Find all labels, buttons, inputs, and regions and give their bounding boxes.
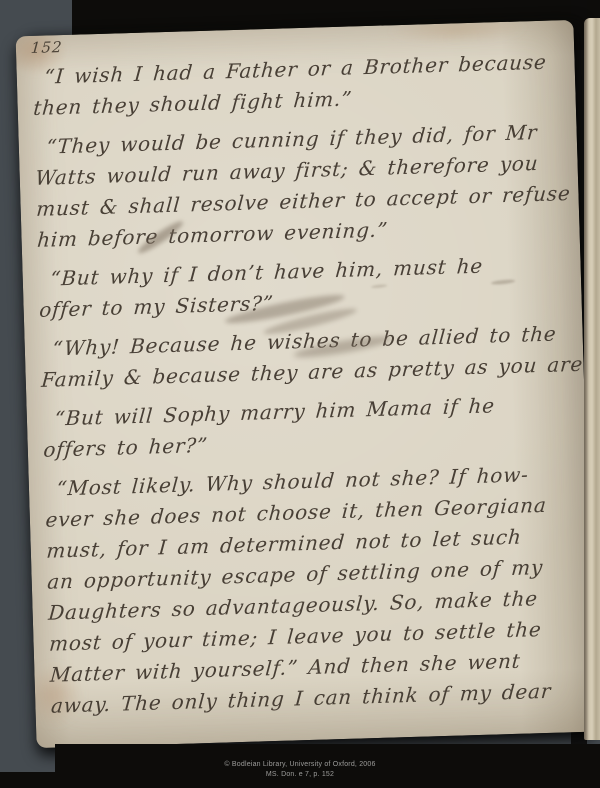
paragraph: “But will Sophy marry him Mama if heoffe…: [40, 388, 582, 466]
manuscript-page: 152 “I wish I had a Father or a Brother …: [16, 20, 595, 748]
paragraph: “But why if I don’t have him, must heoff…: [36, 248, 578, 326]
paragraph: “Why! Because he wishes to be allied to …: [38, 318, 580, 396]
caption-credit: © Bodleian Library, University of Oxford…: [0, 760, 600, 770]
paragraph: “I wish I had a Father or a Brother beca…: [30, 46, 572, 124]
paragraph: “Most likely. Why should not she? If how…: [43, 458, 590, 722]
manuscript-photo: 152 “I wish I had a Father or a Brother …: [0, 0, 600, 788]
caption-shelfmark: MS. Don. e 7, p. 152: [0, 770, 600, 780]
facing-page-edge: [584, 18, 600, 740]
manuscript-text: “I wish I had a Father or a Brother beca…: [30, 46, 590, 730]
library-caption: © Bodleian Library, University of Oxford…: [0, 760, 600, 779]
paragraph: “They would be cunning if they did, for …: [32, 116, 575, 256]
page-number: 152: [30, 38, 63, 57]
